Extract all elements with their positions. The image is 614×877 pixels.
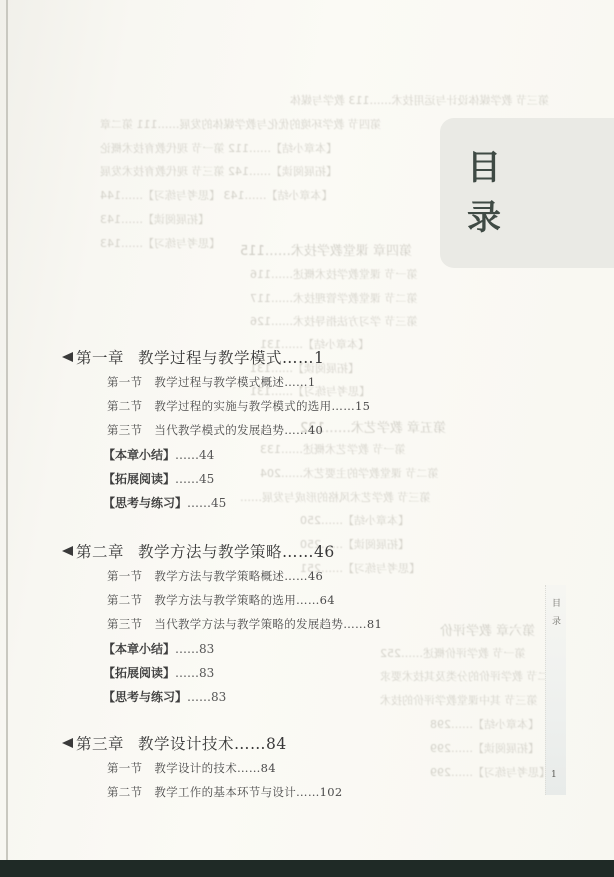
section-title: 教学过程的实施与教学模式的选用 xyxy=(154,399,331,413)
leader-dots: …… xyxy=(284,569,308,583)
toc-section[interactable]: 第二节教学过程的实施与教学模式的选用……15 xyxy=(107,398,370,414)
section-page: 40 xyxy=(308,423,323,437)
section-title: 当代教学方法与教学策略的发展趋势 xyxy=(154,617,343,631)
extra-title: 【本章小结】 xyxy=(103,642,175,656)
leader-dots: …… xyxy=(296,785,320,799)
toc-section[interactable]: 第一节教学过程与教学模式概述……1 xyxy=(107,374,315,390)
toc-section[interactable]: 第三节当代教学模式的发展趋势……40 xyxy=(107,422,323,438)
bleed-through-text: 第二节 课堂教学管理技术……117 xyxy=(250,290,418,306)
section-number: 第二节 xyxy=(107,399,142,413)
extra-title: 【拓展阅读】 xyxy=(103,472,175,486)
toc-extra-reading[interactable]: 【拓展阅读】……45 xyxy=(103,470,214,487)
leader-dots: …… xyxy=(282,543,314,561)
section-number: 第二节 xyxy=(107,785,142,799)
extra-title: 【思考与练习】 xyxy=(103,496,187,510)
section-title: 教学方法与教学策略的选用 xyxy=(154,593,296,607)
chapter-number: 第二章 xyxy=(76,543,124,561)
leader-dots: …… xyxy=(284,423,308,437)
section-title: 当代教学模式的发展趋势 xyxy=(154,423,284,437)
page-number: 1 xyxy=(551,770,557,780)
bleed-through-text: 第二节 课堂教学的主要艺术……204 xyxy=(260,465,439,481)
toc-heading-char-1: 目 xyxy=(467,140,501,189)
toc-extra-reading[interactable]: 【拓展阅读】……83 xyxy=(103,664,214,681)
chapter-page: 46 xyxy=(314,543,335,561)
section-page: 1 xyxy=(308,375,316,389)
toc-extra-exercises[interactable]: 【思考与练习】……45 xyxy=(103,494,226,511)
extra-page: 83 xyxy=(199,642,214,656)
section-page: 15 xyxy=(355,399,370,413)
toc-extra-summary[interactable]: 【本章小结】……44 xyxy=(103,446,214,463)
leader-dots: …… xyxy=(296,593,320,607)
section-number: 第一节 xyxy=(107,569,142,583)
extra-page: 44 xyxy=(199,448,214,462)
chapter-title: 教学设计技术 xyxy=(138,735,234,753)
toc-section[interactable]: 第一节教学设计的技术……84 xyxy=(107,760,276,776)
bleed-through-text: 第三节 教学媒体设计与运用技术……113 教学与媒体 xyxy=(290,92,549,108)
section-title: 教学过程与教学模式概述 xyxy=(154,375,284,389)
extra-title: 【本章小结】 xyxy=(103,448,175,462)
toc-chapter-3[interactable]: 第三章教学设计技术……84 xyxy=(62,732,287,754)
bleed-through-text: 第四章 课堂教学技术……115 xyxy=(240,240,412,259)
chapter-title: 教学方法与教学策略 xyxy=(138,543,282,561)
toc-heading-char-2: 录 xyxy=(467,190,501,239)
toc-extra-summary[interactable]: 【本章小结】……83 xyxy=(103,640,214,657)
bleed-through-text: 【本章小结】……298 xyxy=(430,716,539,732)
section-page: 81 xyxy=(367,617,382,631)
bleed-through-text: 【本章小结】……143 【思考与练习】……144 xyxy=(100,187,333,203)
section-number: 第三节 xyxy=(107,617,142,631)
toc-section[interactable]: 第三节当代教学方法与教学策略的发展趋势……81 xyxy=(107,616,382,632)
chapter-title: 教学过程与教学模式 xyxy=(138,349,282,367)
bleed-through-text: 第一节 教学评价概述……252 xyxy=(380,645,526,661)
toc-chapter-2[interactable]: 第二章教学方法与教学策略……46 xyxy=(62,540,335,562)
chapter-number: 第三章 xyxy=(76,735,124,753)
leader-dots: …… xyxy=(343,617,367,631)
bleed-through-text: 第四节 教学环境的优化与教学媒体的发展……111 第二章 xyxy=(100,116,381,132)
leader-dots: …… xyxy=(175,472,199,486)
chapter-marker-triangle-icon xyxy=(62,352,73,362)
leader-dots: …… xyxy=(175,666,199,680)
chapter-page: 84 xyxy=(266,735,287,753)
bleed-through-text: 【思考与练习】……299 xyxy=(430,764,550,780)
bleed-through-text: 第三节 教学艺术风格的形成与发展…… xyxy=(240,489,431,505)
leader-dots: …… xyxy=(234,735,266,753)
leader-dots: …… xyxy=(187,496,211,510)
toc-section[interactable]: 第二节教学方法与教学策略的选用……64 xyxy=(107,592,335,608)
bleed-through-text: 【拓展阅读】……142 第三节 现代教育技术发展 xyxy=(100,163,337,179)
bleed-through-text: 【本章小结】……250 xyxy=(300,512,409,528)
section-title: 教学工作的基本环节与设计 xyxy=(154,785,296,799)
chapter-page: 1 xyxy=(314,349,324,367)
section-number: 第二节 xyxy=(107,593,142,607)
page-binding-edge xyxy=(6,0,8,860)
leader-dots: …… xyxy=(282,349,314,367)
extra-title: 【思考与练习】 xyxy=(103,690,187,704)
extra-page: 83 xyxy=(211,690,226,704)
toc-extra-exercises[interactable]: 【思考与练习】……83 xyxy=(103,688,226,705)
toc-section[interactable]: 第一节教学方法与教学策略概述……46 xyxy=(107,568,323,584)
scanner-bottom-edge xyxy=(0,860,614,877)
section-title: 教学设计的技术 xyxy=(154,761,237,775)
bleed-through-text: 第三节 其中课堂教学评价的技术 xyxy=(380,692,538,708)
bleed-through-text: 第二节 教学评价的分类及其技术要求 xyxy=(380,668,560,684)
leader-dots: …… xyxy=(331,399,355,413)
chapter-marker-triangle-icon xyxy=(62,738,73,748)
bleed-through-text: 第三节 学习方法指导技术……126 xyxy=(250,313,418,329)
extra-page: 83 xyxy=(199,666,214,680)
bleed-through-text: 【思考与练习】……143 xyxy=(100,235,220,251)
section-page: 64 xyxy=(320,593,335,607)
extra-page: 45 xyxy=(199,472,214,486)
leader-dots: …… xyxy=(175,448,199,462)
chapter-marker-triangle-icon xyxy=(62,546,73,556)
toc-section[interactable]: 第二节教学工作的基本环节与设计……102 xyxy=(107,784,342,800)
leader-dots: …… xyxy=(187,690,211,704)
bleed-through-text: 第六章 教学评价 xyxy=(440,620,535,639)
leader-dots: …… xyxy=(237,761,261,775)
chapter-number: 第一章 xyxy=(76,349,124,367)
section-title: 教学方法与教学策略概述 xyxy=(154,569,284,583)
toc-chapter-1[interactable]: 第一章教学过程与教学模式……1 xyxy=(62,346,324,368)
bleed-through-text: 【拓展阅读】……143 xyxy=(100,211,209,227)
bleed-through-text: 第一节 教学艺术概述……133 xyxy=(260,441,406,457)
section-number: 第三节 xyxy=(107,423,142,437)
section-page: 84 xyxy=(261,761,276,775)
section-number: 第一节 xyxy=(107,375,142,389)
leader-dots: …… xyxy=(175,642,199,656)
section-page: 102 xyxy=(320,785,343,799)
side-label-top: 目 xyxy=(549,598,562,607)
bleed-through-text: 第一节 课堂教学技术概述……116 xyxy=(250,266,418,282)
bleed-through-text: 【本章小结】……112 第一节 现代教育技术概论 xyxy=(100,140,337,156)
section-page: 46 xyxy=(308,569,323,583)
extra-title: 【拓展阅读】 xyxy=(103,666,175,680)
bleed-through-text: 【拓展阅读】……299 xyxy=(430,740,539,756)
section-number: 第一节 xyxy=(107,761,142,775)
leader-dots: …… xyxy=(284,375,308,389)
extra-page: 45 xyxy=(211,496,226,510)
side-label-bottom: 录 xyxy=(549,616,562,625)
